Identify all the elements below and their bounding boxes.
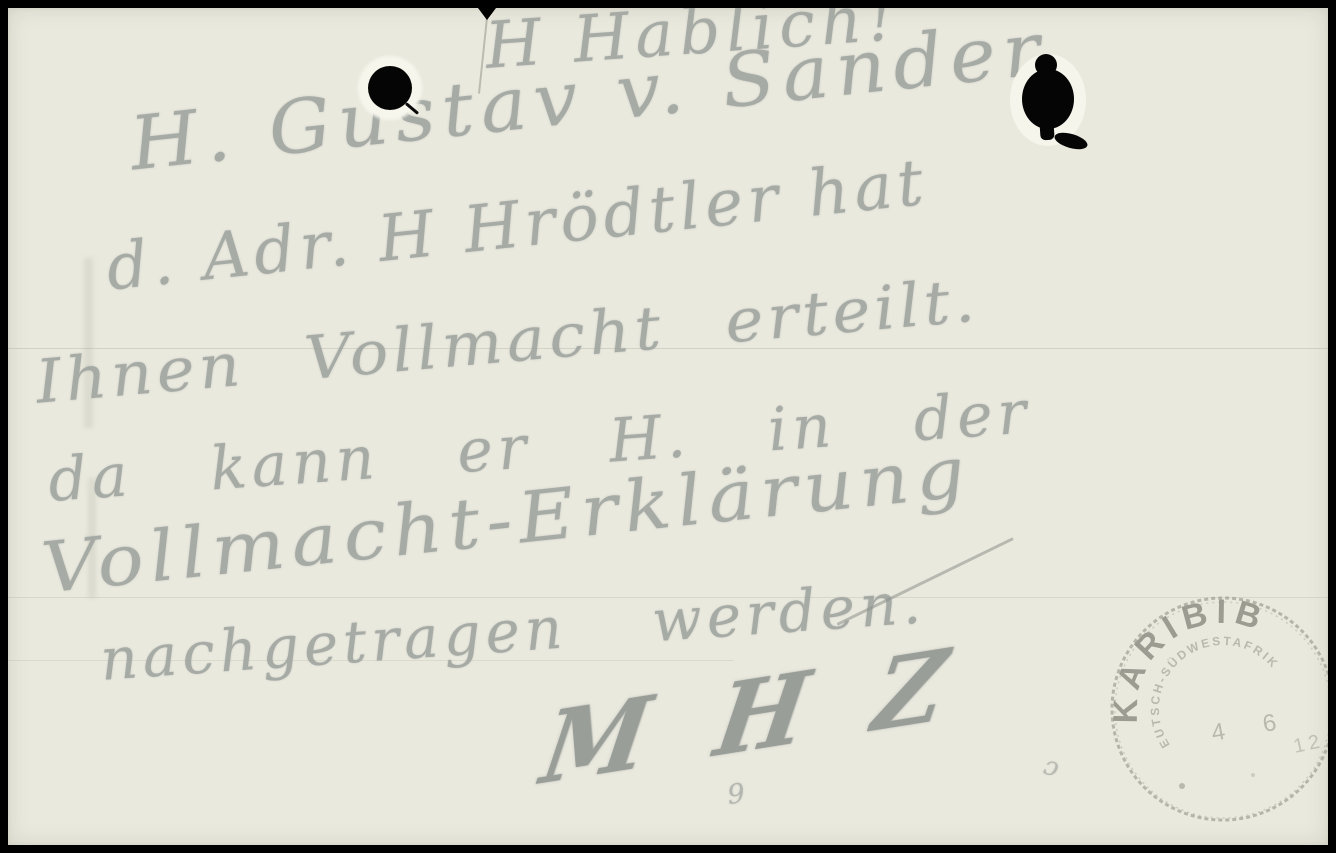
postmark-karibib: KARIBIB DEUTSCH-SÜDWESTAFRIKA 4 6 12 <box>1103 589 1328 829</box>
punch-hole-right <box>993 38 1113 168</box>
stray-pencil-mark: c <box>1040 753 1062 786</box>
postmark-date: 4 6 <box>1209 706 1294 747</box>
postmark-date-year: 12 <box>1291 730 1325 758</box>
stray-pencil-mark: 9 <box>726 778 746 811</box>
scanned-document: { "note": { "lines": [ "H Hablich!", "H.… <box>0 0 1336 853</box>
postmark-dot <box>1179 783 1185 789</box>
edge-notch <box>478 8 496 20</box>
paper-card: H Hablich! H. Gustav v. Sander d. Adr. H… <box>8 8 1328 845</box>
postmark-dot <box>1251 773 1255 777</box>
